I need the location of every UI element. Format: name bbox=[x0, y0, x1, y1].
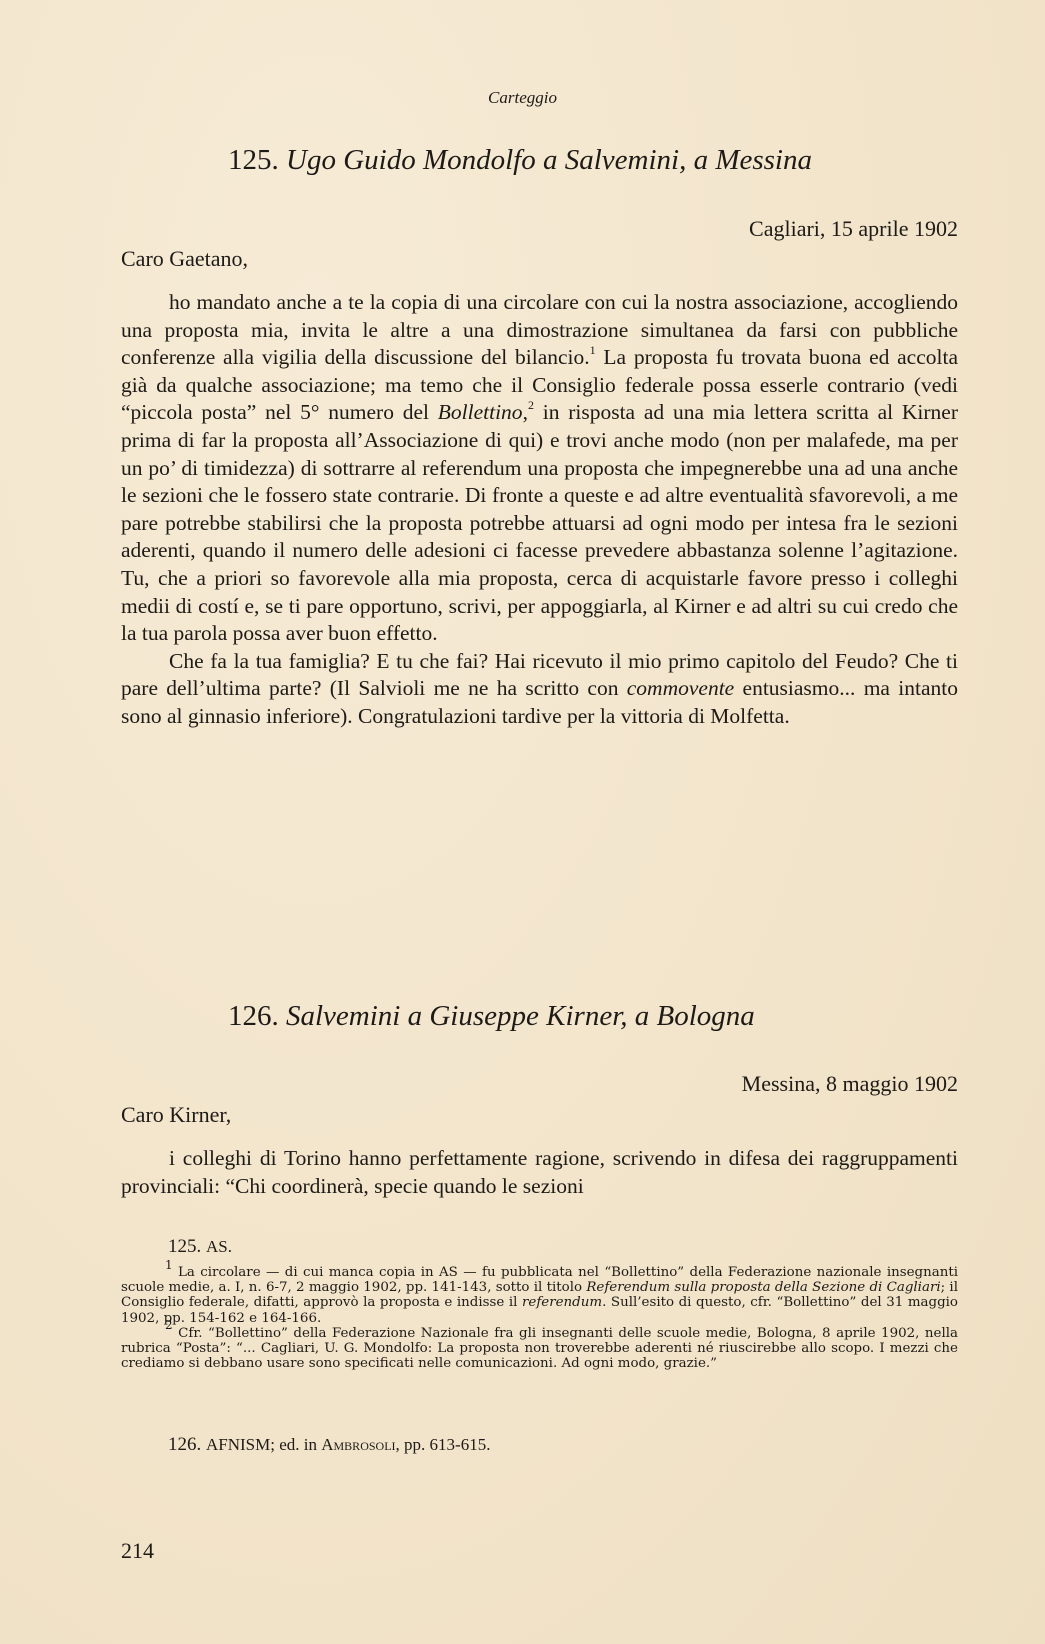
letter-date: Cagliari, 15 aprile 1902 bbox=[749, 215, 958, 243]
letter-body-126: i colleghi di Torino hanno perfettamente… bbox=[121, 1145, 958, 1200]
page-number: 214 bbox=[121, 1538, 154, 1564]
letter-body-125: ho mandato anche a te la copia di una ci… bbox=[121, 289, 958, 731]
source-suffix: , pp. 613-615. bbox=[396, 1435, 491, 1454]
text-run: i colleghi di Torino hanno perfettamente… bbox=[121, 1146, 958, 1198]
italic-text: Referendum sulla proposta della Sezione … bbox=[586, 1280, 940, 1295]
source-author: Ambrosoli bbox=[321, 1435, 395, 1454]
footnote-marker: 1 bbox=[165, 1258, 173, 1272]
footnote-ref: 2 bbox=[528, 398, 534, 412]
footnote: 2 Cfr. “Bollettino” della Federazione Na… bbox=[121, 1326, 958, 1372]
letter-salutation: Caro Gaetano, bbox=[121, 245, 248, 273]
note-source: AS. bbox=[206, 1237, 232, 1256]
footnote: 1 La circolare — di cui manca copia in A… bbox=[121, 1265, 958, 1326]
text-run: in risposta ad una mia lettera scritta a… bbox=[121, 400, 958, 645]
footnotes-125: 1 La circolare — di cui manca copia in A… bbox=[121, 1265, 958, 1371]
source-prefix: AFNISM; ed. in bbox=[206, 1435, 321, 1454]
running-head: Carteggio bbox=[0, 88, 1045, 108]
note-head-126: 126. AFNISM; ed. in Ambrosoli, pp. 613-6… bbox=[168, 1434, 490, 1456]
book-page: Carteggio 125. Ugo Guido Mondolfo a Salv… bbox=[0, 0, 1045, 1644]
italic-text: commovente bbox=[627, 676, 734, 700]
italic-text: referendum bbox=[522, 1295, 602, 1310]
note-head-125: 125. AS. bbox=[168, 1236, 232, 1258]
letter-heading: Ugo Guido Mondolfo a Salvemini, a Messin… bbox=[286, 144, 812, 176]
text-run: Cfr. “Bollettino” della Federazione Nazi… bbox=[121, 1326, 958, 1371]
paragraph: i colleghi di Torino hanno perfettamente… bbox=[121, 1145, 958, 1200]
letter-number: 126. bbox=[228, 1000, 279, 1032]
letter-date: Messina, 8 maggio 1902 bbox=[742, 1070, 958, 1098]
footnote-marker: 2 bbox=[165, 1318, 173, 1332]
italic-text: Bollettino bbox=[438, 400, 523, 424]
letter-number: 125. bbox=[228, 144, 279, 176]
note-number: 125. bbox=[168, 1236, 201, 1257]
letter-title-126: 126. Salvemini a Giuseppe Kirner, a Bolo… bbox=[228, 999, 755, 1033]
note-source: AFNISM; ed. in Ambrosoli, pp. 613-615. bbox=[206, 1435, 490, 1454]
footnote-ref: 1 bbox=[590, 343, 596, 357]
note-number: 126. bbox=[168, 1434, 201, 1455]
letter-heading: Salvemini a Giuseppe Kirner, a Bologna bbox=[286, 1000, 755, 1032]
paragraph: ho mandato anche a te la copia di una ci… bbox=[121, 289, 958, 648]
paragraph: Che fa la tua famiglia? E tu che fai? Ha… bbox=[121, 648, 958, 731]
letter-title-125: 125. Ugo Guido Mondolfo a Salvemini, a M… bbox=[228, 143, 812, 177]
letter-salutation: Caro Kirner, bbox=[121, 1101, 231, 1129]
